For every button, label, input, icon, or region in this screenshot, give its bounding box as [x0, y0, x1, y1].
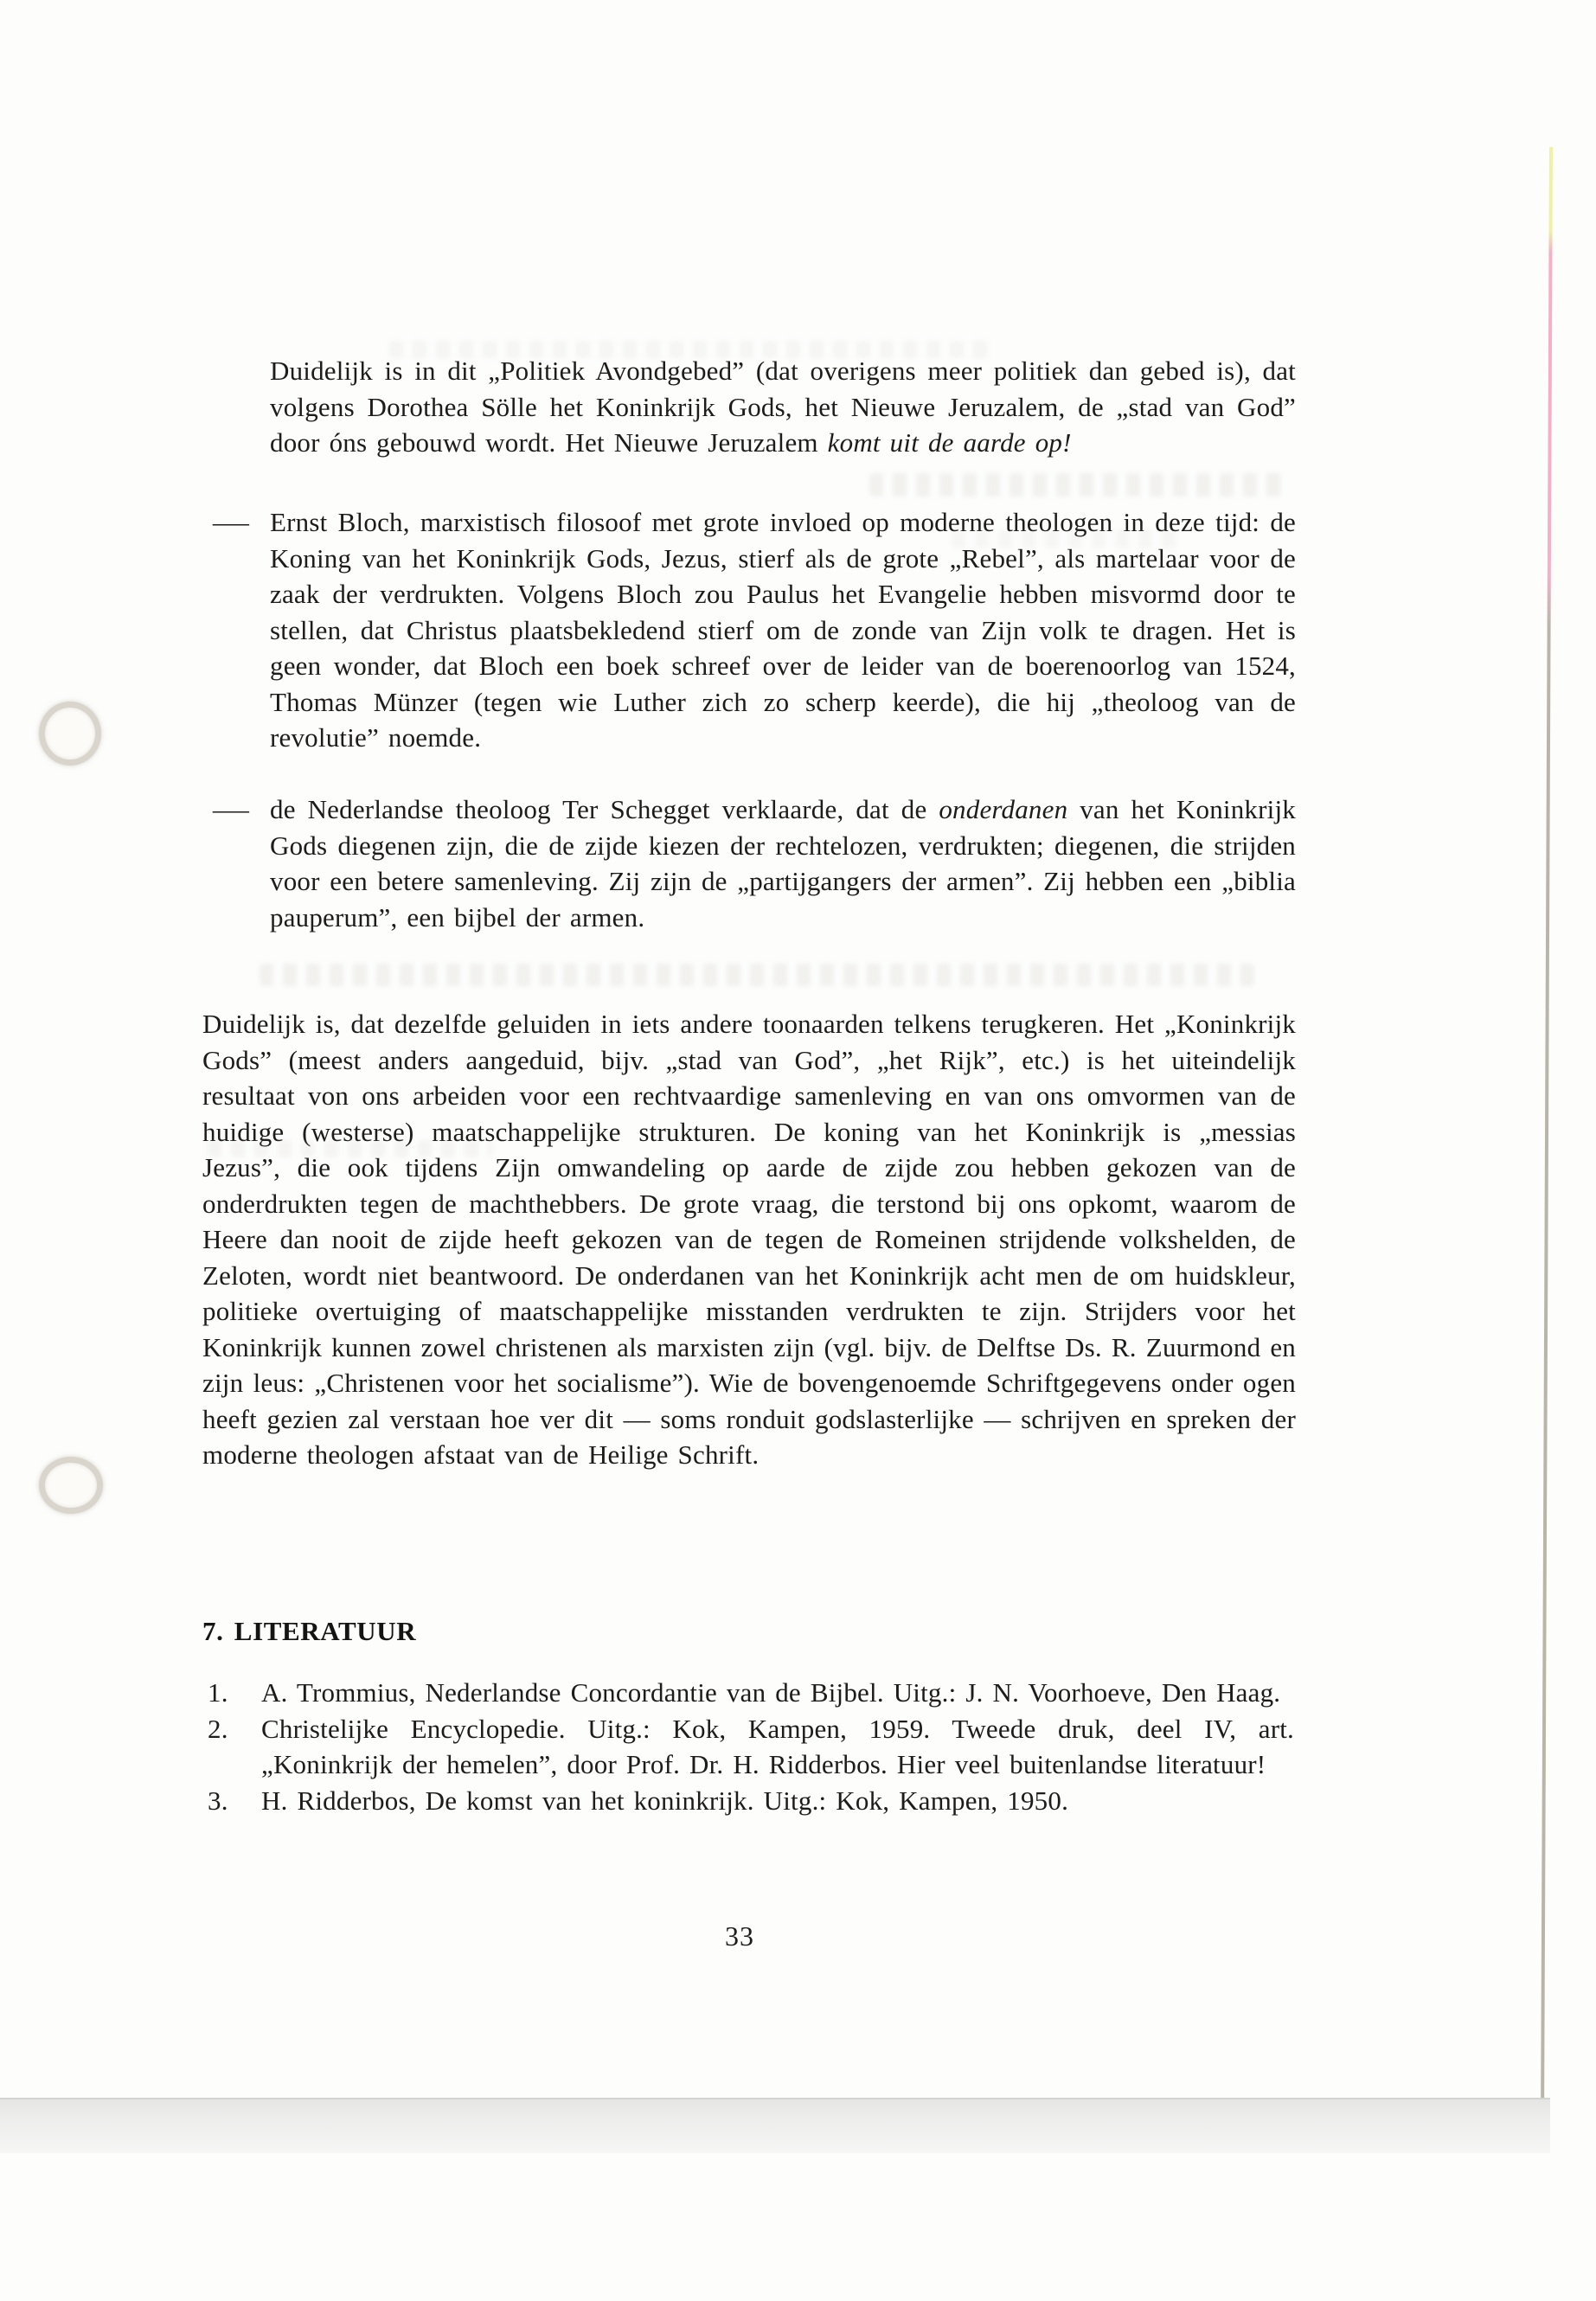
- literature-item-number: 2.: [208, 1711, 228, 1747]
- literature-heading: 7. LITERATUUR: [202, 1616, 416, 1647]
- closing-paragraph: Duidelijk is, dat dezelfde geluiden in i…: [202, 1006, 1296, 1473]
- dash-item-italic-text: onderdanen: [939, 794, 1067, 824]
- literature-item: 1. A. Trommius, Nederlandse Concordantie…: [208, 1675, 1294, 1711]
- dash-marker: —: [213, 792, 249, 828]
- dash-item-ter-schegget: — de Nederlandse theoloog Ter Schegget v…: [270, 792, 1296, 935]
- ink-bleed-smudge-artifact: [952, 529, 1185, 548]
- punch-hole-artifact: [39, 702, 101, 766]
- ink-bleed-smudge-artifact: [260, 964, 1254, 986]
- literature-item-number: 3.: [208, 1783, 228, 1819]
- ink-bleed-smudge-artifact: [208, 1140, 493, 1157]
- literature-item: 2. Christelijke Encyclopedie. Uitg.: Kok…: [208, 1711, 1294, 1783]
- dash-marker: —: [213, 504, 249, 541]
- bottom-scan-shadow-artifact: [0, 2098, 1550, 2153]
- ink-bleed-smudge-artifact: [869, 473, 1285, 497]
- scanned-book-page: Duidelijk is in dit „Politiek Avondgebed…: [0, 0, 1596, 2301]
- ink-bleed-smudge-artifact: [389, 341, 995, 358]
- page-edge-line-artifact: [1541, 147, 1553, 2100]
- literature-item-text: Christelijke Encyclopedie. Uitg.: Kok, K…: [261, 1714, 1294, 1780]
- intro-paragraph: Duidelijk is in dit „Politiek Avondgebed…: [270, 353, 1296, 461]
- literature-item-text: H. Ridderbos, De komst van het koninkrij…: [261, 1785, 1068, 1816]
- literature-item-number: 1.: [208, 1675, 228, 1711]
- punch-hole-artifact: [39, 1457, 103, 1514]
- literature-list: 1. A. Trommius, Nederlandse Concordantie…: [208, 1675, 1294, 1818]
- page-number: 33: [725, 1920, 754, 1952]
- intro-paragraph-text: Duidelijk is in dit „Politiek Avondgebed…: [270, 356, 1296, 458]
- dash-item-text: de Nederlandse theoloog Ter Schegget ver…: [270, 794, 939, 824]
- literature-item: 3. H. Ridderbos, De komst van het konink…: [208, 1783, 1294, 1819]
- literature-item-text: A. Trommius, Nederlandse Concordantie va…: [261, 1677, 1280, 1708]
- intro-paragraph-italic-text: komt uit de aarde op!: [828, 427, 1072, 458]
